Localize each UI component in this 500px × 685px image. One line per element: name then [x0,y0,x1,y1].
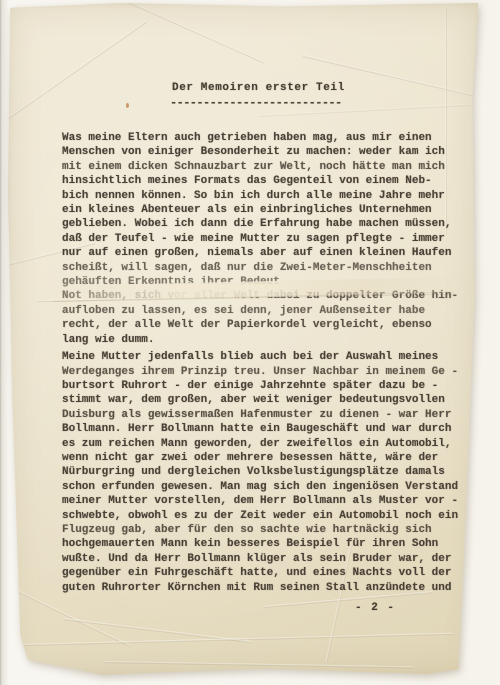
text-line: ein kleines Abenteuer als ein einbringli… [62,203,462,217]
text-line: es zum reichen Mann geworden, der zweife… [62,437,462,451]
text-line: Nürburgring und dergleichen Volksbelusti… [62,465,462,479]
paper-stain [126,103,129,108]
text-line: scheißt, will sagen, daß nur die Zwei-Me… [62,261,462,275]
text-line: geblieben. Wobei ich dann die Erfahrung … [62,217,462,231]
text-line: daß der Teufel - wie meine Mutter zu sag… [62,232,462,246]
paper-wrap: Der Memoiren erster Teil ---------------… [8,3,479,676]
paper-crease [13,588,131,647]
photo-backdrop: Der Memoiren erster Teil ---------------… [0,0,500,685]
text-line: wenn nicht gar zwei oder mehrere besesse… [62,451,462,465]
text-line: mit einem dicken Schnauzbart zur Welt, n… [62,160,462,174]
text-line: gegenüber ein Fuhrgeschäft hatte, und ei… [62,566,462,580]
text-line: Not haben, sich vor aller Welt dabei zu … [62,289,462,303]
document-page: Der Memoiren erster Teil ---------------… [8,3,479,676]
text-line: Duisburg als gewissermaßen Hafenmuster z… [62,408,462,422]
text-line: meiner Mutter vorstellen, dem Herr Bollm… [62,494,462,508]
paper-crease [2,21,146,123]
text-line: Werdeganges ihrem Prinzip treu. Unser Na… [62,365,462,379]
text-line: recht, der alle Welt der Papierkordel ve… [62,318,462,332]
title-underline: -------------------------- [170,96,342,110]
text-line: hochgemauerten Mann kein besseres Beispi… [62,537,462,551]
text-line: nur auf einen großen, niemals aber auf e… [62,246,462,260]
text-line: aufloben zu lassen, es sei denn, jener A… [62,304,462,318]
paragraph-2: Meine Mutter jedenfalls blieb auch bei d… [62,350,462,595]
text-line: burtsort Ruhrort - der einige Jahrzehnte… [62,379,462,393]
text-line: lang wie dumm. [62,333,462,347]
text-line: Flugzeug gab, aber für den so sachte wie… [62,523,462,537]
document-title: Der Memoiren erster Teil [172,82,345,94]
text-line: schon erfunden gewesen. Man mag sich den… [62,480,462,494]
paper-crease [128,1,266,64]
text-line: Menschen von einiger Besonderheit zu mac… [62,145,462,159]
text-line: bich nennen können. So bin ich durch all… [62,189,462,203]
text-line: Meine Mutter jedenfalls blieb auch bei d… [62,350,462,364]
text-line: hinsichtlich meines Formats das Gegentei… [62,174,462,188]
text-line: schwebte, obwohl es zu der Zeit weder ei… [62,509,462,523]
paper-crease [63,618,252,643]
text-line: stimmt war, dem großen, aber weit wenige… [62,393,462,407]
page-number: - 2 - [355,602,396,614]
paragraph-1: Was meine Eltern auch getrieben haben ma… [62,131,462,347]
paper-crease [103,661,413,668]
text-line: gehäuften Erkenntnis ihrer Bedeut [62,275,462,289]
text-line: Bollmann. Herr Bollmann hatte ein Bauges… [62,422,462,436]
text-line: Was meine Eltern auch getrieben haben ma… [62,131,462,145]
paper-crease [23,633,453,646]
text-line: wußte. Und da Herr Bollmann klüger als s… [62,552,462,566]
text-line: guten Ruhrorter Körnchen mit Rum seinen … [62,581,462,595]
document-body: Was meine Eltern auch getrieben haben ma… [62,131,462,595]
